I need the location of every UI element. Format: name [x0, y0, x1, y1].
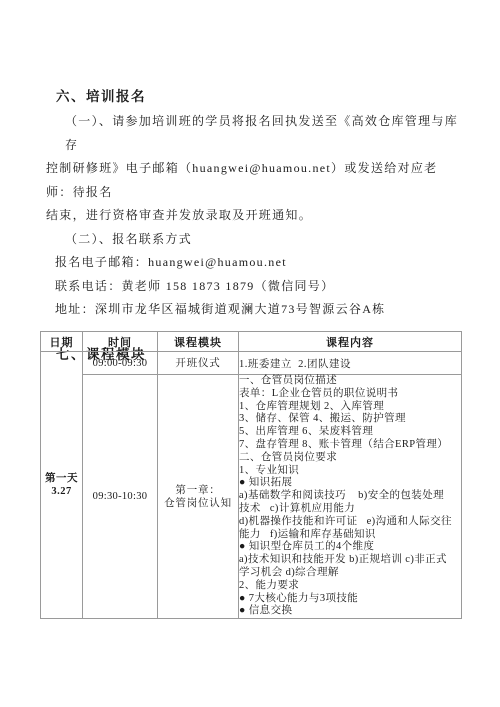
course-content-line: 3、储存、保管 4、搬运、防护管理 — [239, 413, 461, 426]
module-cell-row2: 第一章： 仓管岗位认知 — [158, 375, 239, 619]
course-content-line: 二、仓管员岗位要求 — [239, 452, 461, 465]
col-header-module: 课程模块 — [158, 332, 239, 352]
registration-paragraph-line: 控制研修班》电子邮箱（huangwei@huamou.net）或发送给对应老师：… — [46, 157, 461, 204]
course-content-line: 5、出库管理 6、呆废料管理 — [239, 426, 461, 439]
course-content-line: ● 知识拓展 — [239, 477, 461, 490]
contact-line: 报名电子邮箱：huangwei@huamou.net — [46, 251, 461, 275]
table-row-opening-ceremony: 第一天 3.27 09:00-09:30 开班仪式 1.班委建立 2.团队建设 — [41, 352, 462, 375]
time-cell-row2: 09:30-10:30 — [83, 375, 158, 619]
module-name-line: 仓管岗位认知 — [158, 497, 238, 510]
document-body: 六、培训报名 （一）、请参加培训班的学员将报名回执发送至《高效仓库管理与库存控制… — [46, 88, 461, 364]
col-header-date: 日期 — [41, 332, 83, 352]
course-content-line: ● 知识型仓库员工的4个维度 — [239, 541, 461, 554]
time-cell-row1: 09:00-09:30 — [83, 352, 158, 375]
course-content-line: 2、能力要求 — [239, 580, 461, 593]
course-content-line: ● 7大核心能力与3项技能 — [239, 593, 461, 606]
content-cell-row1: 1.班委建立 2.团队建设 — [239, 352, 462, 375]
contact-line: 联系电话：黄老师 158 1873 1879（微信同号） — [46, 275, 461, 299]
registration-paragraph-line: （一）、请参加培训班的学员将报名回执发送至《高效仓库管理与库存 — [46, 110, 461, 157]
course-content-line: 学习机会 d)综合理解 — [239, 567, 461, 580]
contact-line: 地址：深圳市龙华区福城街道观澜大道73号智源云谷A栋 — [46, 298, 461, 322]
col-header-content: 课程内容 — [239, 332, 462, 352]
table-header-row: 日期 时间 课程模块 课程内容 — [41, 332, 462, 352]
date-value: 3.27 — [41, 485, 82, 498]
registration-paragraph: （一）、请参加培训班的学员将报名回执发送至《高效仓库管理与库存控制研修班》电子邮… — [46, 110, 461, 228]
course-content-line: a)技术知识和技能开发 b)正规培训 c)非正式 — [239, 554, 461, 567]
col-header-time: 时间 — [83, 332, 158, 352]
course-content-line: 1、仓库管理规划 2、入库管理 — [239, 401, 461, 414]
course-content-line: ● 信息交换 — [239, 605, 461, 618]
course-schedule-table: 日期 时间 课程模块 课程内容 第一天 3.27 09:00-09:30 开班仪… — [40, 331, 462, 619]
registration-contact-subheading: （二）、报名联系方式 — [46, 228, 461, 252]
course-content-line: a)基础数学和阅读技巧 b)安全的包装处理 — [239, 490, 461, 503]
course-content-line: 一、仓管员岗位描述 — [239, 375, 461, 388]
date-cell-day1: 第一天 3.27 — [41, 352, 83, 619]
course-content-line: 7、盘存管理 8、账卡管理（结合ERP管理） — [239, 439, 461, 452]
course-content-line: 技术 c)计算机应用能力 — [239, 503, 461, 516]
date-day-label: 第一天 — [41, 472, 82, 485]
content-cell-row2: 一、仓管员岗位描述表单：L企业仓管员的职位说明书1、仓库管理规划 2、入库管理3… — [239, 375, 462, 619]
table-row-chapter1: 09:30-10:30 第一章： 仓管岗位认知 一、仓管员岗位描述表单：L企业仓… — [41, 375, 462, 619]
module-title-line: 第一章： — [158, 484, 238, 497]
course-content-line: 表单：L企业仓管员的职位说明书 — [239, 388, 461, 401]
module-cell-row1: 开班仪式 — [158, 352, 239, 375]
course-content-line: d)机器操作技能和许可证 e)沟通和人际交往 — [239, 516, 461, 529]
registration-contact-block: 报名电子邮箱：huangwei@huamou.net联系电话：黄老师 158 1… — [46, 251, 461, 322]
section-heading-training-registration: 六、培训报名 — [46, 88, 461, 106]
document-page: 六、培训报名 （一）、请参加培训班的学员将报名回执发送至《高效仓库管理与库存控制… — [0, 0, 500, 707]
course-content-line: 能力 f)运输和库存基础知识 — [239, 529, 461, 542]
course-content-line: 1、专业知识 — [239, 465, 461, 478]
registration-paragraph-line: 结束，进行资格审查并发放录取及开班通知。 — [46, 204, 461, 228]
